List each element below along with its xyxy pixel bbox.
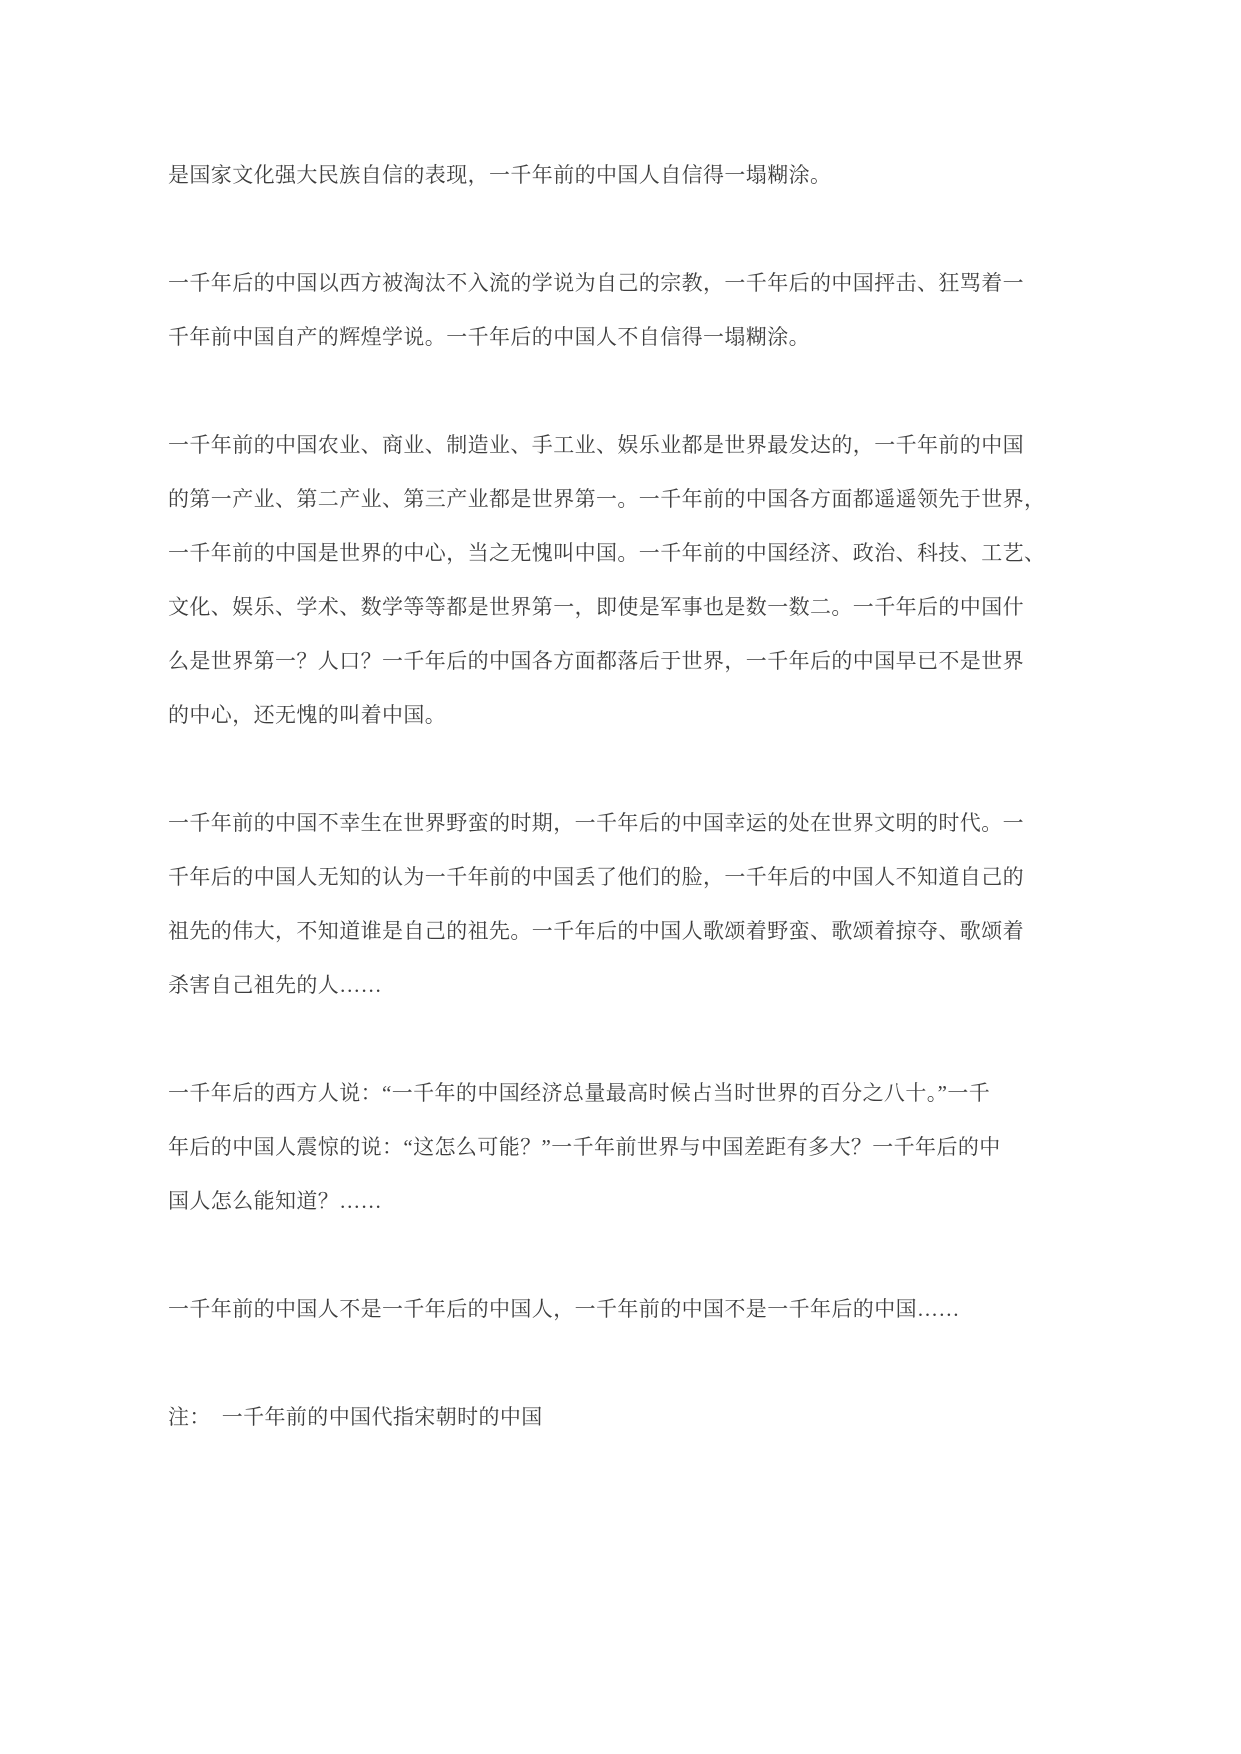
document-page: 是国家文化强大民族自信的表现，一千年前的中国人自信得一塌糊涂。 一千年后的中国以… — [0, 0, 1241, 1754]
footnote-line: 注： 一千年前的中国代指宋朝时的中国 — [168, 1390, 1073, 1444]
text-line: 年后的中国人震惊的说：“这怎么可能？”一千年前世界与中国差距有多大？一千年后的中 — [168, 1120, 1073, 1174]
paragraph: 一千年后的中国以西方被淘汰不入流的学说为自己的宗教，一千年后的中国抨击、狂骂着一… — [168, 256, 1073, 364]
paragraph: 一千年前的中国人不是一千年后的中国人，一千年前的中国不是一千年后的中国…… — [168, 1282, 1073, 1336]
text-line: 杀害自己祖先的人…… — [168, 958, 1073, 1012]
text-line: 么是世界第一？人口？一千年后的中国各方面都落后于世界，一千年后的中国早已不是世界 — [168, 634, 1073, 688]
text-line: 一千年前的中国不幸生在世界野蛮的时期，一千年后的中国幸运的处在世界文明的时代。一 — [168, 796, 1073, 850]
paragraph: 一千年前的中国农业、商业、制造业、手工业、娱乐业都是世界最发达的，一千年前的中国… — [168, 418, 1073, 742]
text-line: 一千年后的中国以西方被淘汰不入流的学说为自己的宗教，一千年后的中国抨击、狂骂着一 — [168, 256, 1073, 310]
text-line: 千年前中国自产的辉煌学说。一千年后的中国人不自信得一塌糊涂。 — [168, 310, 1073, 364]
text-line: 祖先的伟大，不知道谁是自己的祖先。一千年后的中国人歌颂着野蛮、歌颂着掠夺、歌颂着 — [168, 904, 1073, 958]
text-line: 一千年前的中国农业、商业、制造业、手工业、娱乐业都是世界最发达的，一千年前的中国 — [168, 418, 1073, 472]
paragraph: 一千年前的中国不幸生在世界野蛮的时期，一千年后的中国幸运的处在世界文明的时代。一… — [168, 796, 1073, 1012]
text-line: 文化、娱乐、学术、数学等等都是世界第一，即使是军事也是数一数二。一千年后的中国什 — [168, 580, 1073, 634]
text-line: 千年后的中国人无知的认为一千年前的中国丢了他们的脸，一千年后的中国人不知道自己的 — [168, 850, 1073, 904]
paragraph: 一千年后的西方人说：“一千年的中国经济总量最高时候占当时世界的百分之八十。”一千… — [168, 1066, 1073, 1228]
document-body: 是国家文化强大民族自信的表现，一千年前的中国人自信得一塌糊涂。 一千年后的中国以… — [168, 148, 1073, 1444]
text-line: 国人怎么能知道？…… — [168, 1174, 1073, 1228]
footnote: 注： 一千年前的中国代指宋朝时的中国 — [168, 1390, 1073, 1444]
text-line: 的中心，还无愧的叫着中国。 — [168, 688, 1073, 742]
text-line: 的第一产业、第二产业、第三产业都是世界第一。一千年前的中国各方面都遥遥领先于世界… — [168, 472, 1073, 526]
text-line: 一千年后的西方人说：“一千年的中国经济总量最高时候占当时世界的百分之八十。”一千 — [168, 1066, 1073, 1120]
text-line: 一千年前的中国人不是一千年后的中国人，一千年前的中国不是一千年后的中国…… — [168, 1282, 1073, 1336]
paragraph-continuation: 是国家文化强大民族自信的表现，一千年前的中国人自信得一塌糊涂。 — [168, 148, 1073, 202]
text-line: 是国家文化强大民族自信的表现，一千年前的中国人自信得一塌糊涂。 — [168, 148, 1073, 202]
text-line: 一千年前的中国是世界的中心，当之无愧叫中国。一千年前的中国经济、政治、科技、工艺… — [168, 526, 1073, 580]
